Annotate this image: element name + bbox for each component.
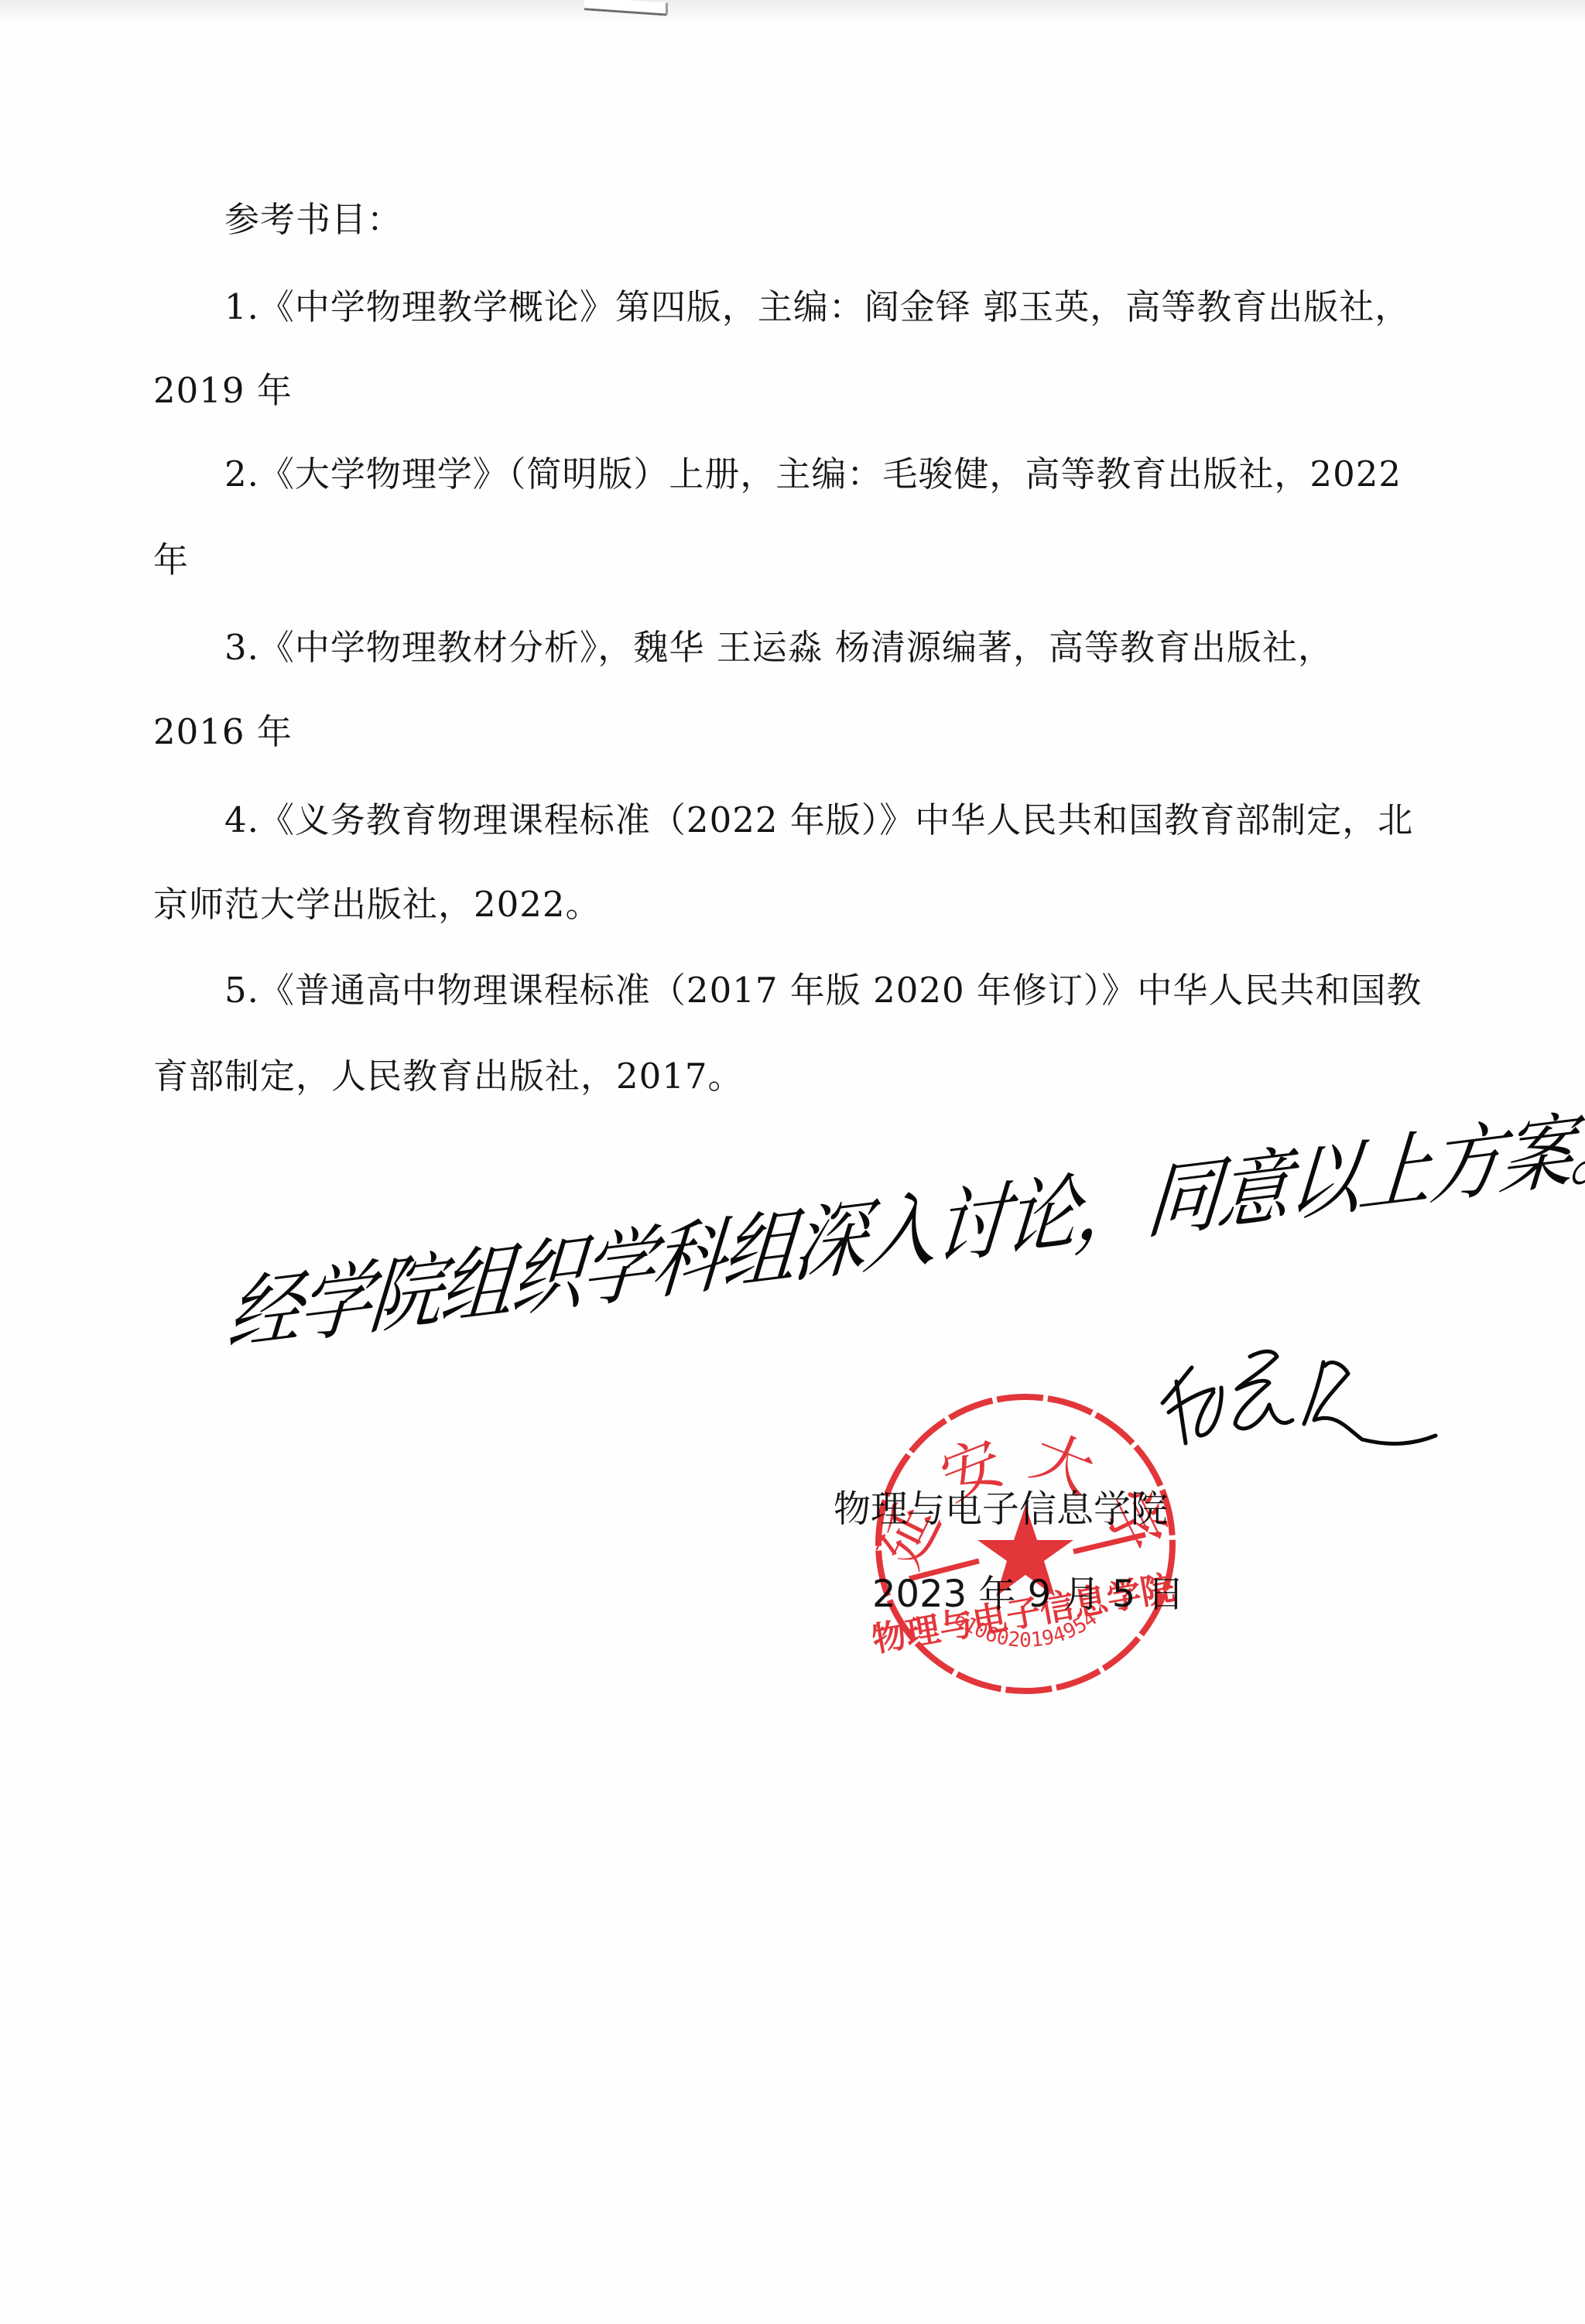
references-heading: 参考书目： (224, 198, 402, 241)
scan-top-shadow (0, 0, 1585, 22)
reference-2-line-1: 2.《大学物理学》（简明版）上册，主编：毛骏健，高等教育出版社，2022 (224, 453, 1402, 496)
reference-5-line-2: 育部制定，人民教育出版社，2017。 (153, 1055, 744, 1098)
reference-1-line-1: 1.《中学物理教学概论》第四版，主编：阎金铎 郭玉英，高等教育出版社， (224, 286, 1410, 329)
reference-2-line-2: 年 (153, 539, 189, 582)
handwritten-signature (1145, 1327, 1440, 1451)
reference-5-line-1: 5.《普通高中物理课程标准（2017 年版 2020 年修订）》中华人民共和国教 (224, 969, 1422, 1012)
reference-1-line-2: 2019 年 (153, 369, 293, 412)
reference-3-line-2: 2016 年 (153, 710, 293, 754)
approval-date: 2023 年 9 月 5 日 (872, 1571, 1185, 1617)
official-seal-stamp: 延安大学 物理与电子信息学院 6106020194954 (871, 1389, 1180, 1699)
reference-3-line-1: 3.《中学物理教材分析》，魏华 王运淼 杨清源编著，高等教育出版社， (224, 626, 1333, 669)
institution-name: 物理与电子信息学院 (834, 1486, 1168, 1532)
reference-4-line-2: 京师范大学出版社，2022。 (153, 883, 601, 926)
reference-4-line-1: 4.《义务教育物理课程标准（2022 年版）》中华人民共和国教育部制定，北 (224, 799, 1413, 842)
document-page: 参考书目： 1.《中学物理教学概论》第四版，主编：阎金铎 郭玉英，高等教育出版社… (0, 0, 1585, 2324)
